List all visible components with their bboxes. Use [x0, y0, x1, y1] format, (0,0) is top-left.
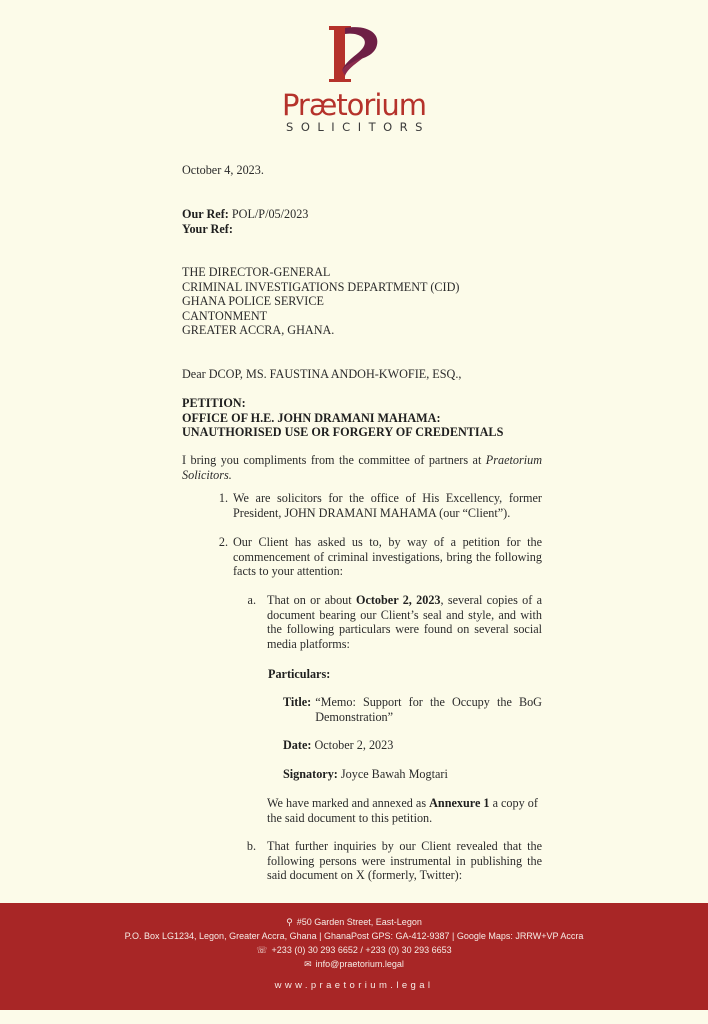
footer-address-text: #50 Garden Street, East-Legon [297, 917, 422, 927]
date-label: Date: [283, 738, 311, 752]
our-ref-value: POL/P/05/2023 [232, 207, 309, 221]
paragraph-1: We are solicitors for the office of His … [233, 491, 542, 520]
subparagraph-label: a. [236, 593, 256, 608]
envelope-icon: ✉ [304, 957, 312, 971]
paragraph-2: Our Client has asked us to, by way of a … [233, 535, 542, 579]
reference-block: Our Ref: POL/P/05/2023 Your Ref: [182, 207, 542, 236]
sub-a-text: That on or about [267, 593, 356, 607]
letter-date: October 4, 2023. [182, 163, 542, 178]
subject-block: PETITION: OFFICE OF H.E. JOHN DRAMANI MA… [182, 396, 542, 440]
title-label: Title: [283, 695, 311, 724]
date-value: October 2, 2023 [314, 738, 393, 752]
paragraph-number: 2. [208, 535, 228, 550]
footer-phones: ☏+233 (0) 30 293 6652 / +233 (0) 30 293 … [0, 943, 708, 957]
title-value: “Memo: Support for the Occupy the BoG De… [315, 695, 542, 724]
our-ref: Our Ref: POL/P/05/2023 [182, 207, 542, 222]
letterhead-logo: Prætorium SOLICITORS [0, 24, 708, 134]
footer-phones-text: +233 (0) 30 293 6652 / +233 (0) 30 293 6… [272, 945, 452, 955]
our-ref-label: Our Ref: [182, 207, 229, 221]
signatory-label: Signatory: [283, 767, 338, 781]
footer-website[interactable]: www.praetorium.legal [0, 979, 708, 993]
intro-text: I bring you compliments from the committ… [182, 453, 486, 467]
subject-line: OFFICE OF H.E. JOHN DRAMANI MAHAMA: [182, 411, 542, 426]
praetorium-p-logo-icon [324, 24, 384, 88]
addressee-line: CRIMINAL INVESTIGATIONS DEPARTMENT (CID) [182, 280, 542, 295]
addressee-line: THE DIRECTOR-GENERAL [182, 265, 542, 280]
letterhead-footer: ⚲#50 Garden Street, East-Legon P.O. Box … [0, 903, 708, 1010]
telephone-icon: ☏ [256, 943, 267, 957]
addressee-line: CANTONMENT [182, 309, 542, 324]
addressee-line: GHANA POLICE SERVICE [182, 294, 542, 309]
your-ref: Your Ref: [182, 222, 542, 237]
subject-line: UNAUTHORISED USE OR FORGERY OF CREDENTIA… [182, 425, 542, 440]
addressee-block: THE DIRECTOR-GENERAL CRIMINAL INVESTIGAT… [182, 265, 542, 338]
annex-text: We have marked and annexed as [267, 796, 429, 810]
salutation: Dear DCOP, MS. FAUSTINA ANDOH-KWOFIE, ES… [182, 367, 542, 382]
subject-line: PETITION: [182, 396, 542, 411]
annex-label: Annexure 1 [429, 796, 489, 810]
addressee-line: GREATER ACCRA, GHANA. [182, 323, 542, 338]
your-ref-label: Your Ref: [182, 222, 233, 236]
signatory-value: Joyce Bawah Mogtari [341, 767, 448, 781]
footer-email: ✉info@praetorium.legal [0, 957, 708, 971]
firm-subtitle: SOLICITORS [0, 120, 708, 134]
particulars-heading: Particulars: [268, 667, 543, 682]
paragraph-number: 1. [208, 491, 228, 506]
particular-title: Title: “Memo: Support for the Occupy the… [283, 695, 542, 724]
particular-signatory: Signatory: Joyce Bawah Mogtari [283, 767, 542, 782]
footer-email-text[interactable]: info@praetorium.legal [316, 959, 404, 969]
sub-a-date: October 2, 2023 [356, 593, 441, 607]
subparagraph-a: That on or about October 2, 2023, severa… [267, 593, 542, 651]
footer-address: ⚲#50 Garden Street, East-Legon [0, 915, 708, 929]
footer-postal-line: P.O. Box LG1234, Legon, Greater Accra, G… [0, 929, 708, 943]
intro-paragraph: I bring you compliments from the committ… [182, 453, 542, 482]
subparagraph-b: That further inquiries by our Client rev… [267, 839, 542, 883]
location-pin-icon: ⚲ [286, 915, 293, 929]
subparagraph-label: b. [236, 839, 256, 854]
annex-paragraph: We have marked and annexed as Annexure 1… [267, 796, 543, 825]
firm-name: Prætorium [0, 90, 708, 120]
particular-date: Date: October 2, 2023 [283, 738, 542, 753]
